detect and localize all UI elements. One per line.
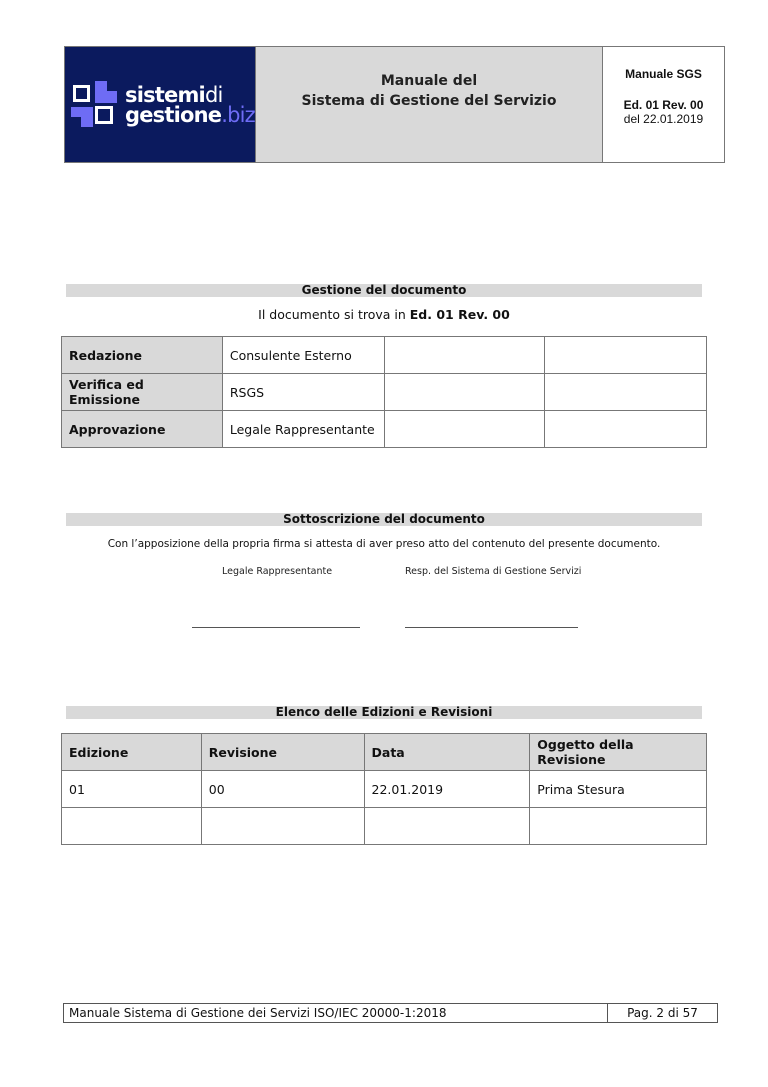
signature-statement: Con l’apposizione della propria firma si… (0, 538, 768, 550)
section-heading-revisioni: Elenco delle Edizioni e Revisioni (66, 706, 702, 719)
table-row: Verifica ed Emissione RSGS (62, 374, 707, 411)
document-meta: Manuale SGS Ed. 01 Rev. 00 del 22.01.201… (603, 47, 724, 162)
logo-squares-icon (71, 81, 119, 129)
signer-label-resp: Resp. del Sistema di Gestione Servizi (405, 566, 581, 577)
document-status: Il documento si trova in Ed. 01 Rev. 00 (0, 307, 768, 322)
revisions-table: Edizione Revisione Data Oggetto della Re… (61, 733, 707, 845)
approval-table: Redazione Consulente Esterno Verifica ed… (61, 336, 707, 448)
document-title: Manuale del Sistema di Gestione del Serv… (256, 47, 603, 162)
signature-line-legale[interactable] (192, 627, 360, 628)
page-footer: Manuale Sistema di Gestione dei Servizi … (63, 1003, 718, 1023)
table-row (62, 808, 707, 845)
logo-text: sistemidi gestione.biz (125, 85, 255, 125)
section-heading-gestione: Gestione del documento (66, 284, 702, 297)
edition-revision: Ed. 01 Rev. 00 (624, 98, 704, 112)
table-header-row: Edizione Revisione Data Oggetto della Re… (62, 734, 707, 771)
table-row: 01 00 22.01.2019 Prima Stesura (62, 771, 707, 808)
table-row: Redazione Consulente Esterno (62, 337, 707, 374)
document-header: sistemidi gestione.biz Manuale del Siste… (64, 46, 725, 163)
page-number: Pag. 2 di 57 (608, 1004, 717, 1022)
footer-document-name: Manuale Sistema di Gestione dei Servizi … (64, 1004, 608, 1022)
table-row: Approvazione Legale Rappresentante (62, 411, 707, 448)
section-heading-sottoscrizione: Sottoscrizione del documento (66, 513, 702, 526)
signature-line-resp[interactable] (405, 627, 578, 628)
manual-name: Manuale SGS (625, 67, 702, 81)
edition-date: del 22.01.2019 (624, 112, 703, 126)
logo: sistemidi gestione.biz (65, 47, 256, 162)
signer-label-legale: Legale Rappresentante (222, 566, 332, 577)
